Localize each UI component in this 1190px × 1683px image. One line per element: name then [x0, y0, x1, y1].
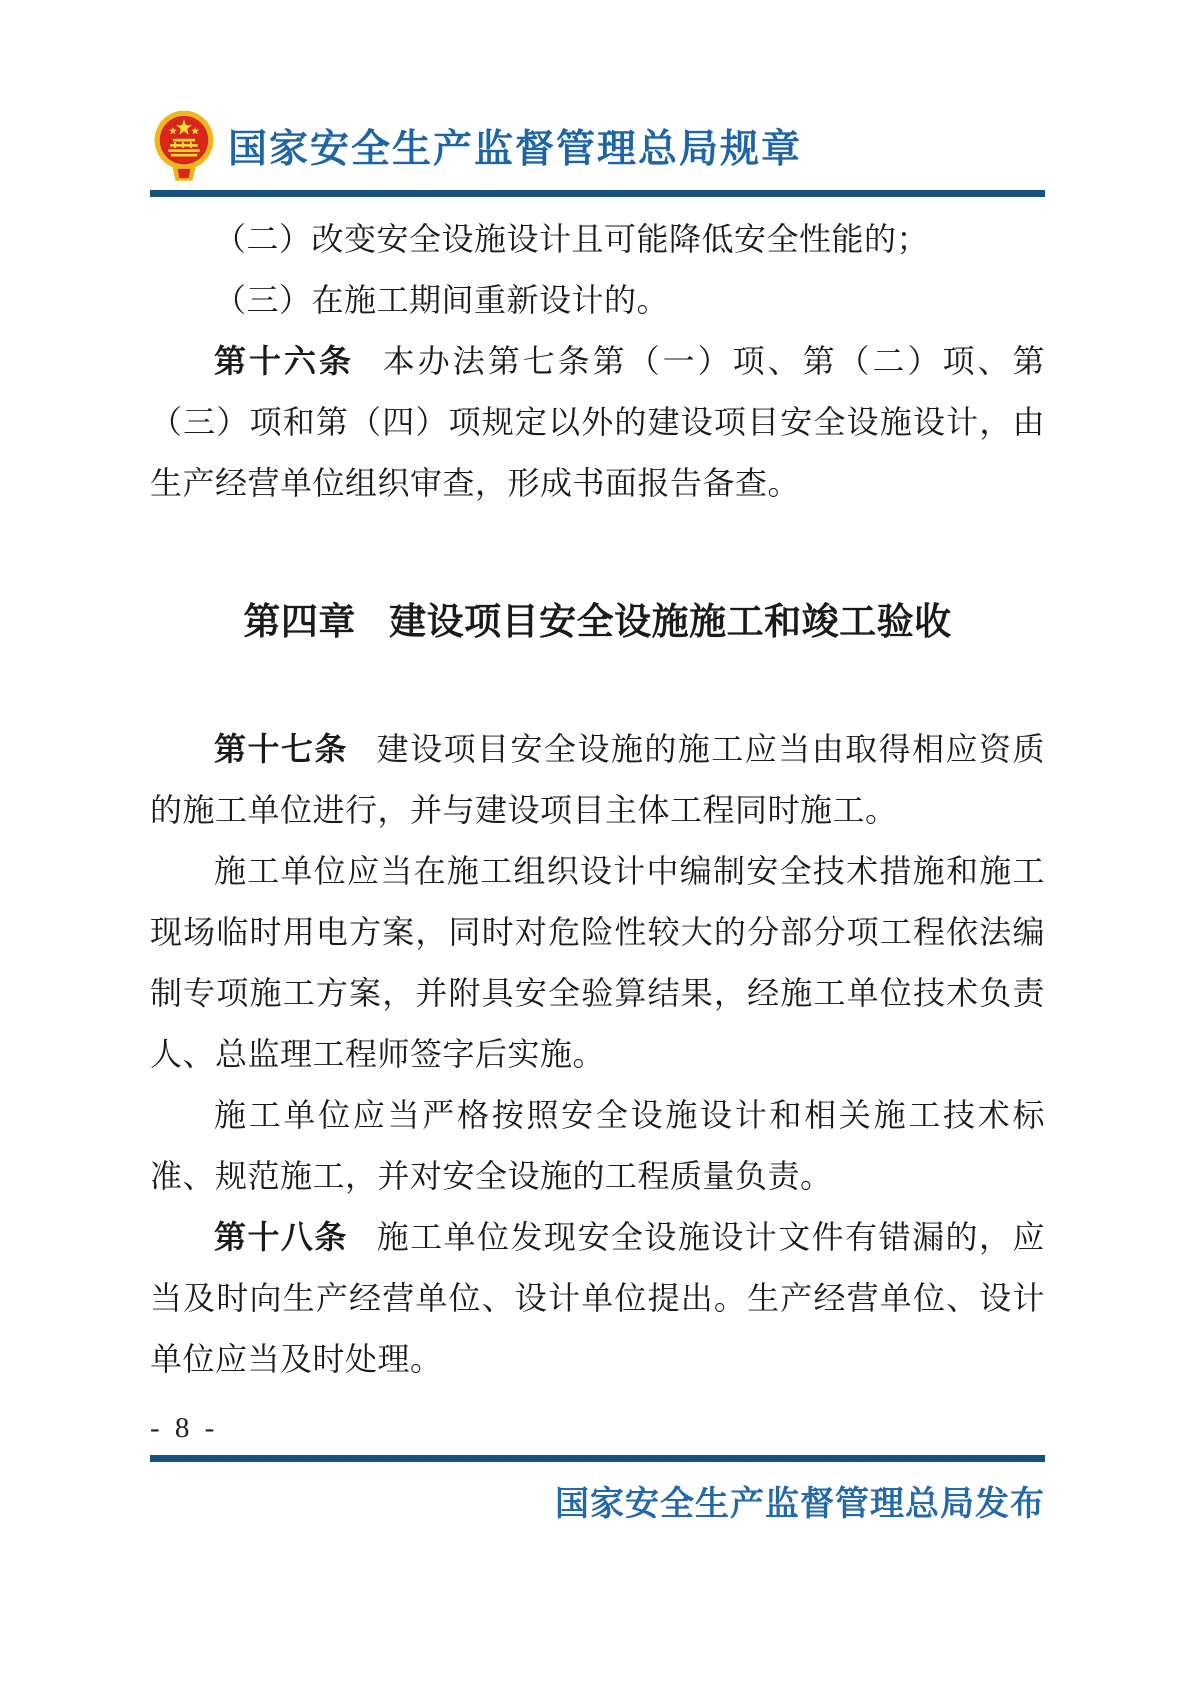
article-number-lead: 第十六条: [214, 343, 354, 379]
document-header-title: 国家安全生产监督管理总局规章: [228, 118, 802, 174]
header-divider: [150, 190, 1045, 197]
article-number-lead: 第十七条: [214, 731, 348, 767]
chapter-heading: 第四章建设项目安全设施施工和竣工验收: [150, 594, 1045, 649]
page-number: - 8 -: [150, 1412, 1045, 1445]
document-page: 国家安全生产监督管理总局规章 （二）改变安全设施设计且可能降低安全性能的； （三…: [0, 0, 1190, 1683]
paragraph-item: 施工单位应当严格按照安全设施设计和相关施工技术标准、规范施工，并对安全设施的工程…: [150, 1085, 1045, 1207]
paragraph-item-2: （二）改变安全设施设计且可能降低安全性能的；: [150, 209, 1045, 270]
document-body: （二）改变安全设施设计且可能降低安全性能的； （三）在施工期间重新设计的。 第十…: [150, 209, 1045, 1390]
paragraph-text: （三）在施工期间重新设计的。: [214, 282, 669, 318]
paragraph-text: 施工单位应当严格按照安全设施设计和相关施工技术标准、规范施工，并对安全设施的工程…: [150, 1097, 1045, 1194]
china-national-emblem-icon: [150, 110, 218, 182]
chapter-title: 建设项目安全设施施工和竣工验收: [389, 601, 952, 642]
paragraph-article-17: 第十七条建设项目安全设施的施工应当由取得相应资质的施工单位进行，并与建设项目主体…: [150, 719, 1045, 841]
page-header: 国家安全生产监督管理总局规章: [150, 0, 1045, 197]
publisher-label: 国家安全生产监督管理总局发布: [150, 1476, 1045, 1525]
paragraph-item: 施工单位应当在施工组织设计中编制安全技术措施和施工现场临时用电方案，同时对危险性…: [150, 841, 1045, 1085]
paragraph-text: （二）改变安全设施设计且可能降低安全性能的；: [214, 221, 929, 257]
page-footer: - 8 - 国家安全生产监督管理总局发布: [150, 1412, 1045, 1525]
article-number-lead: 第十八条: [214, 1219, 348, 1255]
paragraph-article-16: 第十六条本办法第七条第（一）项、第（二）项、第（三）项和第（四）项规定以外的建设…: [150, 331, 1045, 514]
chapter-label: 第四章: [243, 601, 356, 642]
paragraph-text: 施工单位应当在施工组织设计中编制安全技术措施和施工现场临时用电方案，同时对危险性…: [150, 853, 1045, 1072]
footer-divider: [150, 1455, 1045, 1462]
paragraph-article-18: 第十八条施工单位发现安全设施设计文件有错漏的，应当及时向生产经营单位、设计单位提…: [150, 1207, 1045, 1390]
paragraph-item-3: （三）在施工期间重新设计的。: [150, 270, 1045, 331]
